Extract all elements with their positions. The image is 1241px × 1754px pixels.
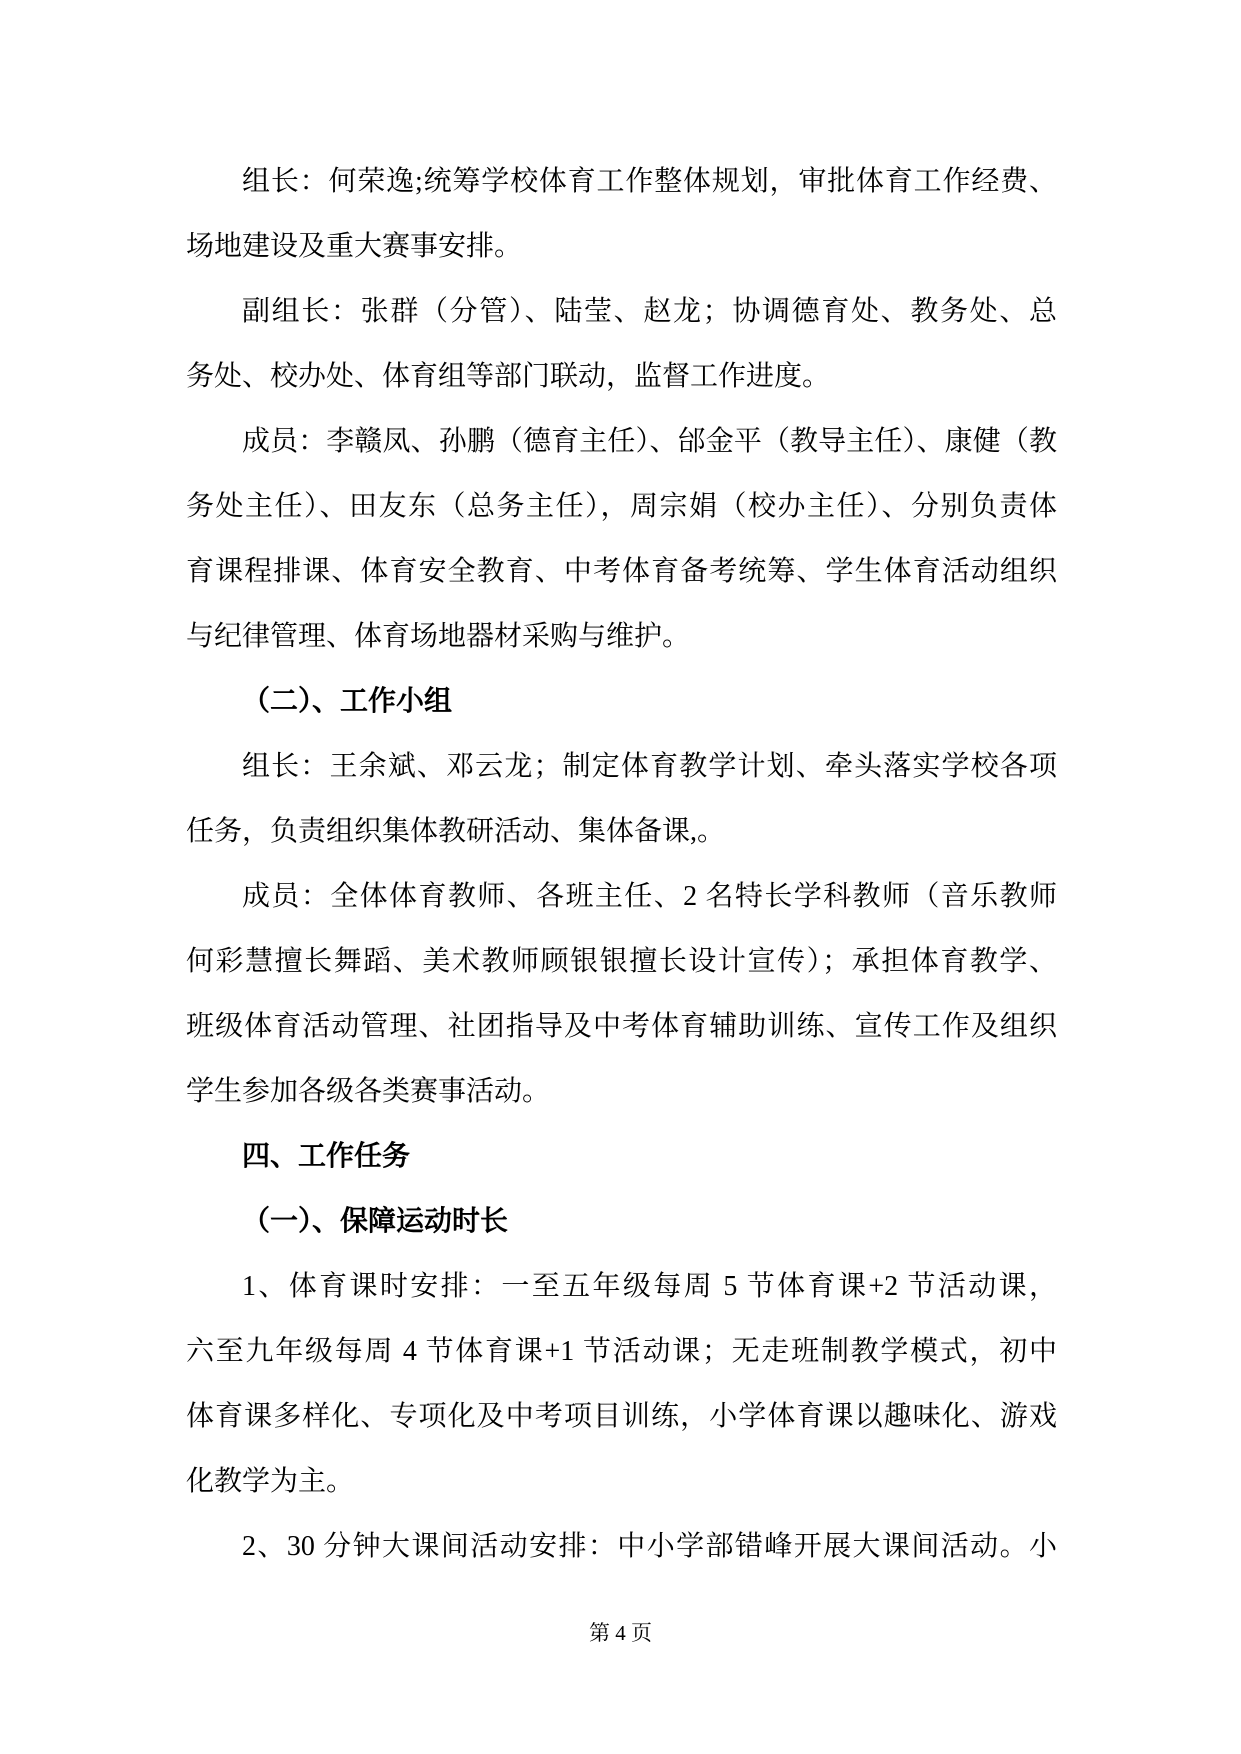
page-number: 第 4 页 [0, 1618, 1241, 1648]
doc-line: 成员：全体体育教师、各班主任、2 名特长学科教师（音乐教师 [186, 864, 1057, 929]
doc-line: 场地建设及重大赛事安排。 [186, 214, 1057, 279]
doc-line: 学生参加各级各类赛事活动。 [186, 1059, 1057, 1124]
doc-line: 班级体育活动管理、社团指导及中考体育辅助训练、宣传工作及组织 [186, 994, 1057, 1059]
doc-line: 化教学为主。 [186, 1449, 1057, 1514]
doc-line: 任务，负责组织集体教研活动、集体备课,。 [186, 799, 1057, 864]
doc-line: 组长：何荣逸;统筹学校体育工作整体规划，审批体育工作经费、 [186, 149, 1057, 214]
doc-line: 成员：李赣凤、孙鹏（德育主任）、邰金平（教导主任）、康健（教 [186, 409, 1057, 474]
subsection-heading-work-group: （二）、工作小组 [186, 669, 1057, 734]
doc-line: 育课程排课、体育安全教育、中考体育备考统筹、学生体育活动组织 [186, 539, 1057, 604]
doc-line: 1、体育课时安排：一至五年级每周 5 节体育课+2 节活动课， [186, 1254, 1057, 1319]
doc-line: 与纪律管理、体育场地器材采购与维护。 [186, 604, 1057, 669]
doc-line: 务处、校办处、体育组等部门联动，监督工作进度。 [186, 344, 1057, 409]
doc-line: 体育课多样化、专项化及中考项目训练，小学体育课以趣味化、游戏 [186, 1384, 1057, 1449]
doc-line: 何彩慧擅长舞蹈、美术教师顾银银擅长设计宣传）；承担体育教学、 [186, 929, 1057, 994]
document-page: 组长：何荣逸;统筹学校体育工作整体规划，审批体育工作经费、 场地建设及重大赛事安… [0, 0, 1241, 1754]
doc-line: 副组长：张群（分管）、陆莹、赵龙；协调德育处、教务处、总 [186, 279, 1057, 344]
doc-line: 务处主任）、田友东（总务主任），周宗娟（校办主任）、分别负责体 [186, 474, 1057, 539]
body-text: 组长：何荣逸;统筹学校体育工作整体规划，审批体育工作经费、 场地建设及重大赛事安… [186, 149, 1057, 1579]
subsection-heading-exercise-time: （一）、保障运动时长 [186, 1189, 1057, 1254]
doc-line: 2、30 分钟大课间活动安排：中小学部错峰开展大课间活动。小 [186, 1514, 1057, 1579]
chapter-heading-work-tasks: 四、工作任务 [186, 1124, 1057, 1189]
doc-line: 组长：王余斌、邓云龙；制定体育教学计划、牵头落实学校各项 [186, 734, 1057, 799]
doc-line: 六至九年级每周 4 节体育课+1 节活动课；无走班制教学模式，初中 [186, 1319, 1057, 1384]
